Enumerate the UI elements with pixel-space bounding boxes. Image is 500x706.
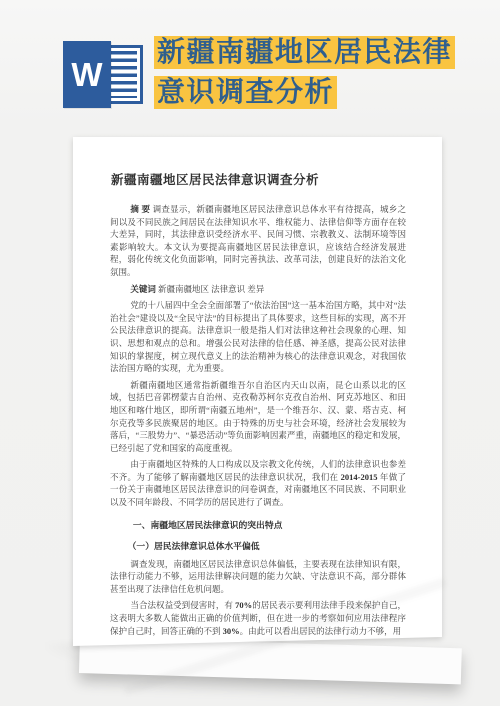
doc-paragraph: 摘 要 调查显示，新疆南疆地区居民法律意识总体水平有待提高，城乡之间以及不同民族… bbox=[110, 203, 406, 279]
document-page-wrap: 新疆南疆地区居民法律意识调查分析摘 要 调查显示，新疆南疆地区居民法律意识总体水… bbox=[73, 137, 442, 646]
document-content: 新疆南疆地区居民法律意识调查分析摘 要 调查显示，新疆南疆地区居民法律意识总体水… bbox=[110, 170, 406, 637]
doc-paragraph: 由于南疆地区特殊的人口构成以及宗教文化传统，人们的法律意识也参差不齐。为了能够了… bbox=[110, 458, 406, 508]
document-page[interactable]: 新疆南疆地区居民法律意识调查分析摘 要 调查显示，新疆南疆地区居民法律意识总体水… bbox=[73, 137, 442, 646]
page-title: 新疆南疆地区居民法律意识调查分析 bbox=[154, 33, 455, 113]
word-icon-letter: W bbox=[71, 58, 102, 91]
doc-h1: 一、南疆地区居民法律意识的突出特点 bbox=[110, 518, 406, 531]
word-icon-text-lines bbox=[111, 51, 137, 98]
doc-paragraph: 关键词 新疆南疆地区 法律意识 差异 bbox=[110, 283, 406, 296]
doc-doc-title: 新疆南疆地区居民法律意识调查分析 bbox=[111, 170, 406, 188]
doc-paragraph: 新疆南疆地区通常指新疆维吾尔自治区内天山以南，昆仑山系以北的区域，包括巴音郭楞蒙… bbox=[110, 379, 406, 455]
doc-paragraph: 党的十八届四中全会全面部署了“依法治国”这一基本治国方略，其中对“法治社会”建设… bbox=[110, 299, 406, 375]
page-title-line2: 意识调查分析 bbox=[154, 76, 337, 109]
doc-h2: （一）居民法律意识总体水平偏低 bbox=[110, 539, 406, 552]
word-icon: W bbox=[63, 41, 143, 108]
doc-paragraph: 调查发现，南疆地区居民法律意识总体偏低，主要表现在法律知识有限，法律行动能力不够… bbox=[110, 558, 406, 596]
page-title-line1: 新疆南疆地区居民法律 bbox=[154, 36, 455, 69]
word-icon-panel: W bbox=[63, 41, 111, 108]
